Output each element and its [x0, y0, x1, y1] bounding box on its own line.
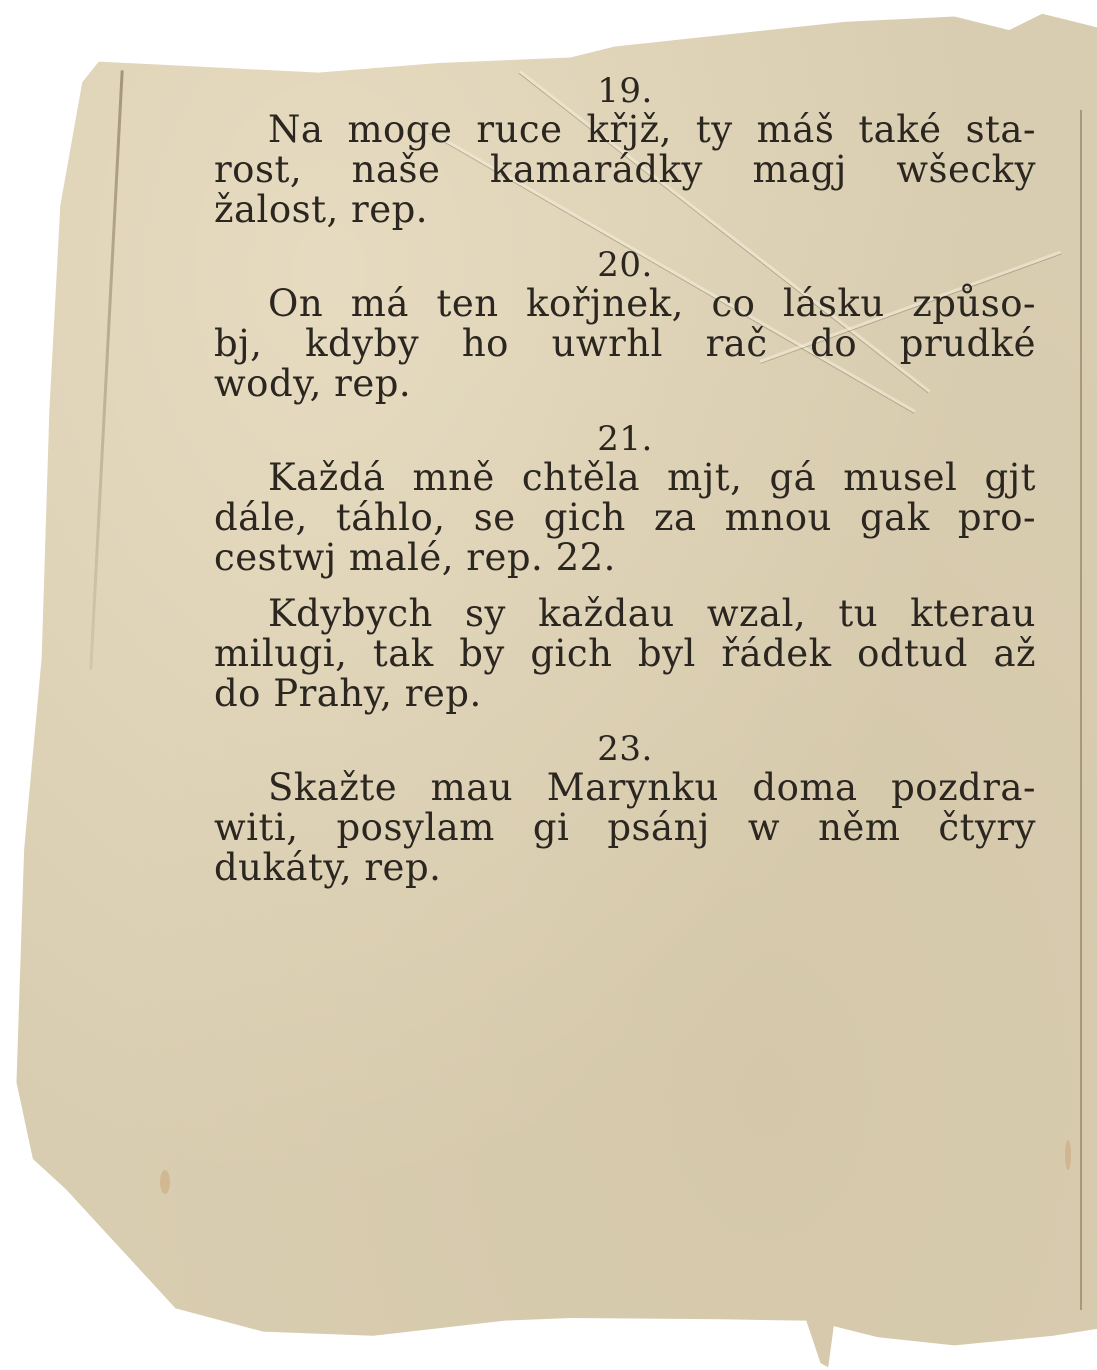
- paper-page: 19. Na moge ruce křjž, ty máš také sta- …: [0, 0, 1097, 1370]
- foxing-stain: [1065, 1140, 1071, 1170]
- verse-line: wody, rep.: [214, 364, 1036, 404]
- foxing-stain: [160, 1170, 170, 1194]
- verse-line: dukáty, rep.: [214, 848, 1036, 888]
- verse-line: Skažte mau Marynku doma pozdra-: [214, 768, 1036, 808]
- verse-line: Kdybych sy každau wzal, tu kterau: [214, 594, 1036, 634]
- verse-line: On má ten kořjnek, co lásku způso-: [214, 284, 1036, 324]
- verse-number: 20.: [214, 246, 1036, 284]
- page-fold-right: [1080, 110, 1082, 1310]
- verse-number: 19.: [214, 72, 1036, 110]
- verse-line: cestwj malé, rep. 22.: [214, 538, 1036, 578]
- verse-number: 21.: [214, 420, 1036, 458]
- verse-line: žalost, rep.: [214, 190, 1036, 230]
- verse-line: rost, naše kamarádky magj wšecky: [214, 150, 1036, 190]
- verse-line: do Prahy, rep.: [214, 674, 1036, 714]
- song-text: 19. Na moge ruce křjž, ty máš také sta- …: [214, 72, 1036, 888]
- verse-line: Každá mně chtěla mjt, gá musel gjt: [214, 458, 1036, 498]
- verse-line: dále, táhlo, se gich za mnou gak pro-: [214, 498, 1036, 538]
- verse-line: Na moge ruce křjž, ty máš také sta-: [214, 110, 1036, 150]
- page-fold-left: [89, 70, 123, 669]
- verse-line: milugi, tak by gich byl řádek odtud až: [214, 634, 1036, 674]
- verse-line: bj, kdyby ho uwrhl rač do prudké: [214, 324, 1036, 364]
- verse-line: witi, posylam gi psánj w něm čtyry: [214, 808, 1036, 848]
- verse-number: 23.: [214, 730, 1036, 768]
